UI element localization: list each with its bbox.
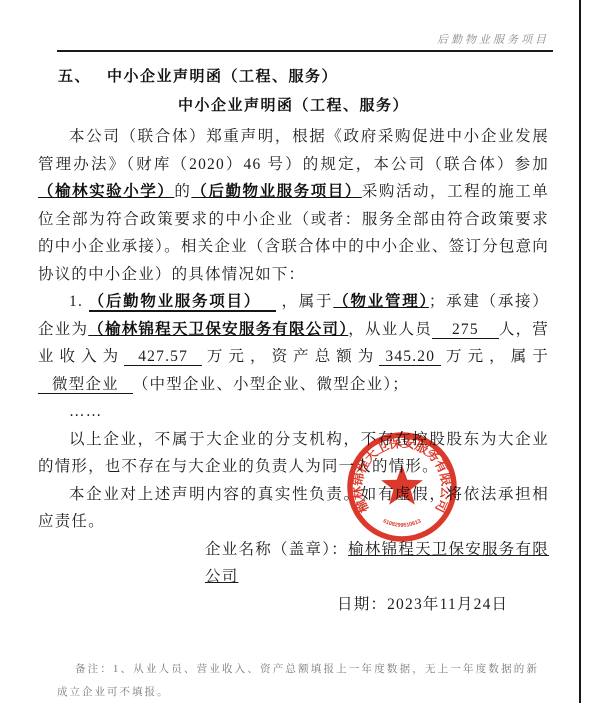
revenue-field: 427.57 [124,348,202,366]
detail-text: （中型企业、小型企业、微型企业）； [133,376,409,393]
declaration-text: 本公司（联合体）郑重声明，根据《政府采购促进中小企业发展管理办法》（财库（202… [38,128,549,173]
detail-text: 万元，资产总额为 [202,348,379,365]
paragraph-declaration: 本公司（联合体）郑重声明，根据《政府采购促进中小企业发展管理办法》（财库（202… [38,123,549,288]
paragraph-enterprise-detail: 1. （后勤物业服务项目） ，属于（物业管理）；承建（承接）企业为（榆林锦程天卫… [38,288,549,398]
section-title-text: 中小企业声明函（工程、服务） [107,68,338,85]
document-title: 中小企业声明函（工程、服务） [38,94,549,115]
section-title: 五、中小企业声明函（工程、服务） [58,65,549,86]
paragraph-ellipsis: …… [38,398,549,426]
contractor-company-name: （榆林锦程天卫保安服务有限公司） [88,321,348,338]
document-body: 本公司（联合体）郑重声明，根据《政府采购促进中小企业发展管理办法》（财库（202… [38,123,549,618]
detail-text: ，从业人员 [348,321,432,338]
document-page: 后勤物业服务项目 五、中小企业声明函（工程、服务） 中小企业声明函（工程、服务）… [0,0,591,703]
total-assets-field: 345.20 [379,348,441,366]
project-name: （后勤物业服务项目） [191,183,361,200]
detail-text: 万元，属于 [441,348,549,365]
paragraph-responsibility: 本企业对上述声明内容的真实性负责。如有虚假，将依法承担相应责任。 [38,481,549,536]
declaration-text: 的 [174,183,191,200]
signature-line: 企业名称（盖章）：榆林锦程天卫保安服务有限公司 [38,536,549,591]
purchaser-name: （榆林实验小学） [38,183,174,200]
footer-note: 备注：1、从业人员、营业收入、资产总额填报上一年度数据，无上一年度数据的新成立企… [57,658,539,703]
contract-project-name: （后勤物业服务项目） [89,293,276,312]
section-number: 五、 [58,68,91,85]
page-header: 后勤物业服务项目 [57,0,553,52]
detail-text: ，属于 [276,293,333,310]
paragraph-no-big-enterprise: 以上企业，不属于大企业的分支机构，不存在控股股东为大企业的情形，也不存在与大企业… [38,426,549,481]
date-line: 日期：2023年11月24日 [38,591,549,619]
item-number: 1. [69,293,89,310]
enterprise-type-field: 微型企业 [38,376,133,394]
header-project-label: 后勤物业服务项目 [437,31,553,50]
industry-category: （物业管理） [333,293,429,310]
page-right-border [579,0,581,703]
employees-count-field: 275 [432,321,499,339]
company-seal-label: 企业名称（盖章）： [205,541,348,558]
